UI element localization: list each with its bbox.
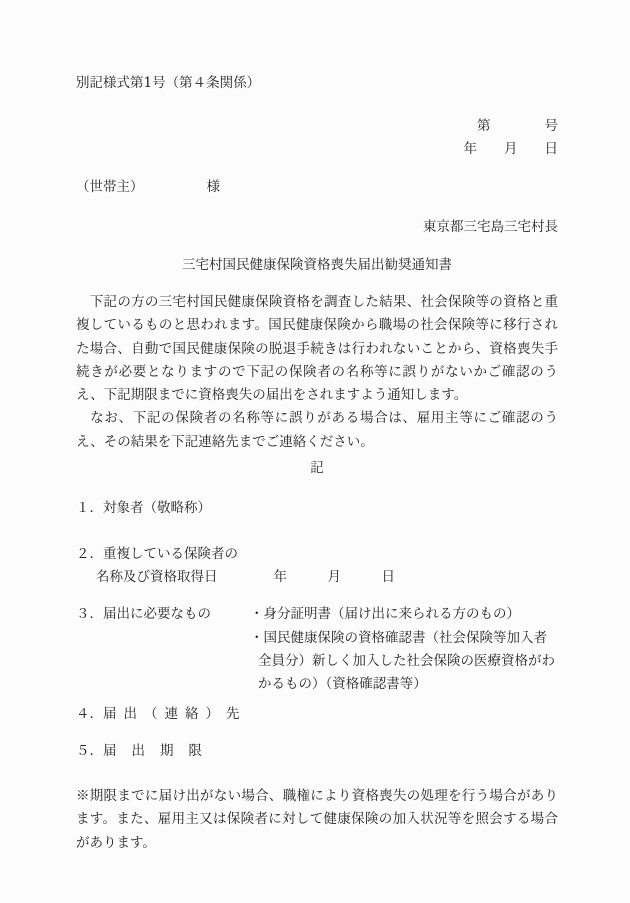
page-title: 三宅村国民健康保険資格喪失届出勧奨通知書 — [76, 254, 558, 277]
list-item-5: ５．届出期限 — [76, 740, 558, 763]
body-paragraph-2: なお、下記の保険者の名称等に誤りがある場合は、雇用主等にご確認のうえ、その結果を… — [76, 407, 558, 454]
item-number: ４． — [76, 706, 103, 722]
item-label: 対象者（敬略称） — [103, 500, 211, 516]
item-label-column: ３．届出に必要なもの — [76, 603, 250, 696]
item-number: １． — [76, 500, 103, 516]
footnote: ※期限までに届け出がない場合、職権により資格喪失の処理を行う場合があります。また… — [76, 785, 558, 855]
item-label: 届出に必要なもの — [103, 606, 211, 622]
item-line-1: ２．重複している保険者の — [76, 543, 558, 566]
document-content: 別記様式第1号（第４条関係） 第 号 年 月 日 （世帯主）様 東京都三宅島三宅… — [76, 0, 558, 855]
item-bullet-list: ・身分証明書（届け出に来られる方のもの） ・国民健康保険の資格確認書（社会保険等… — [250, 603, 556, 696]
form-label: 別記様式第1号（第４条関係） — [76, 72, 558, 95]
bullet-insurance-certificate: ・国民健康保険の資格確認書（社会保険等加入者全員分）新しく加入した社会保険の医療… — [250, 627, 556, 697]
item-number: ３． — [76, 606, 103, 622]
item-label: 届出（連絡）先 — [103, 706, 247, 722]
item-date-placeholder: 年 月 日 — [274, 569, 396, 585]
body-paragraph-1: 下記の方の三宅村国民健康保険資格を調査した結果、社会保険等の資格と重複しているも… — [76, 291, 558, 407]
item-number: ５． — [76, 743, 103, 759]
bullet-id-document: ・身分証明書（届け出に来られる方のもの） — [250, 603, 556, 626]
addressee-row: （世帯主）様 — [76, 176, 558, 199]
list-item-1: １．対象者（敬略称） — [76, 497, 558, 520]
number-date-block: 第 号 年 月 日 — [76, 115, 558, 161]
addressee-label: （世帯主） — [76, 179, 144, 195]
list-item-2: ２．重複している保険者の 名称及び資格取得日年 月 日 — [76, 543, 558, 590]
list-item-3: ３．届出に必要なもの ・身分証明書（届け出に来られる方のもの） ・国民健康保険の… — [76, 603, 558, 696]
sender-line: 東京都三宅島三宅村長 — [76, 216, 558, 239]
item-line-2: 名称及び資格取得日年 月 日 — [96, 566, 558, 589]
doc-number-line: 第 号 — [76, 115, 558, 138]
item-label: 重複している保険者の — [103, 546, 238, 562]
addressee-honorific: 様 — [207, 179, 221, 195]
item-label-continued: 名称及び資格取得日 — [96, 569, 218, 585]
item-label: 届出期限 — [103, 743, 217, 759]
document-page: 別記様式第1号（第４条関係） 第 号 年 月 日 （世帯主）様 東京都三宅島三宅… — [0, 0, 630, 903]
date-line: 年 月 日 — [76, 138, 558, 161]
record-marker: 記 — [76, 457, 558, 480]
item-number: ２． — [76, 546, 103, 562]
list-item-4: ４．届出（連絡）先 — [76, 703, 558, 726]
